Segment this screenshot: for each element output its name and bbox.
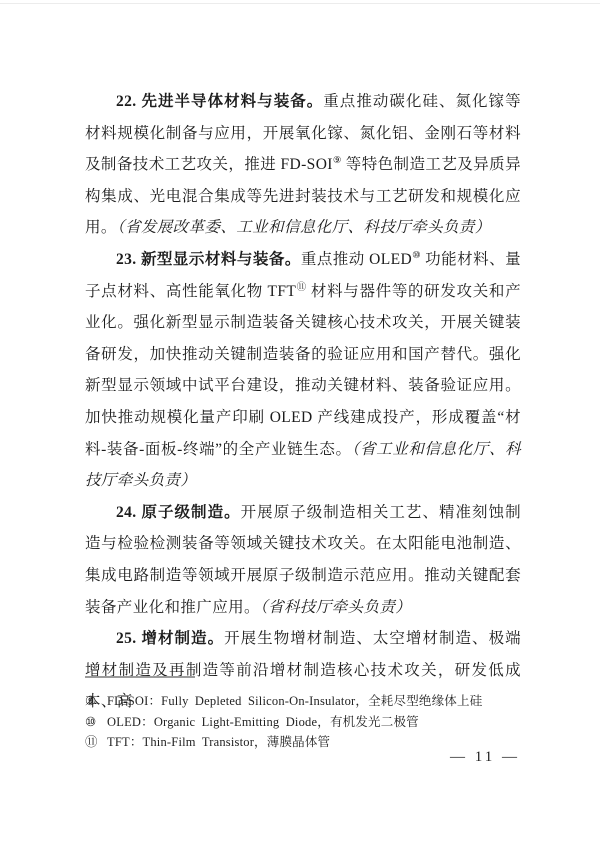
footnote-marker: ⑩ bbox=[85, 712, 107, 733]
footnote-list: ⑨FD-SOI：Fully Depleted Silicon-On-Insula… bbox=[85, 691, 521, 753]
footnote-marker: ⑪ bbox=[85, 732, 107, 753]
footnote-separator-line bbox=[85, 676, 195, 678]
footnote-reference: ⑩ bbox=[412, 251, 421, 261]
responsibility-clause: （省科技厅牵头负责） bbox=[260, 599, 411, 616]
responsibility-clause: （省发展改革委、工业和信息化厅、科技厅牵头负责） bbox=[117, 219, 491, 236]
footnote-item: ⑨FD-SOI：Fully Depleted Silicon-On-Insula… bbox=[85, 691, 521, 712]
paragraph: 22. 先进半导体材料与装备。重点推动碳化硅、氮化镓等材料规模化制备与应用，开展… bbox=[85, 86, 521, 244]
footnote-reference: ⑪ bbox=[296, 282, 306, 292]
page-number: — 11 — bbox=[385, 749, 585, 766]
paragraph-heading: 24. 原子级制造。 bbox=[116, 504, 241, 521]
document-body: 22. 先进半导体材料与装备。重点推动碳化硅、氮化镓等材料规模化制备与应用，开展… bbox=[85, 86, 521, 718]
footnote-text: FD-SOI：Fully Depleted Silicon-On-Insulat… bbox=[107, 691, 521, 712]
scan-top-edge bbox=[0, 3, 600, 4]
document-page: 22. 先进半导体材料与装备。重点推动碳化硅、氮化镓等材料规模化制备与应用，开展… bbox=[0, 0, 600, 848]
paragraph-heading: 25. 增材制造。 bbox=[116, 630, 224, 647]
footnote-text: OLED：Organic Light-Emitting Diode，有机发光二极… bbox=[107, 712, 521, 733]
paragraph: 23. 新型显示材料与装备。重点推动 OLED⑩ 功能材料、量子点材料、高性能氧… bbox=[85, 244, 521, 497]
paragraph: 24. 原子级制造。开展原子级制造相关工艺、精准刻蚀制造与检验检测装备等领域关键… bbox=[85, 497, 521, 623]
footnote-section: ⑨FD-SOI：Fully Depleted Silicon-On-Insula… bbox=[85, 676, 521, 753]
paragraph-heading: 22. 先进半导体材料与装备。 bbox=[116, 93, 323, 110]
body-text: 材料与器件等的研发攻关和产业化。强化新型显示制造装备关键核心技术攻关，开展关键装… bbox=[85, 283, 521, 458]
footnote-marker: ⑨ bbox=[85, 691, 107, 712]
footnote-item: ⑩OLED：Organic Light-Emitting Diode，有机发光二… bbox=[85, 712, 521, 733]
paragraph-heading: 23. 新型显示材料与装备。 bbox=[116, 251, 301, 268]
body-text: 重点推动 OLED bbox=[301, 251, 412, 268]
